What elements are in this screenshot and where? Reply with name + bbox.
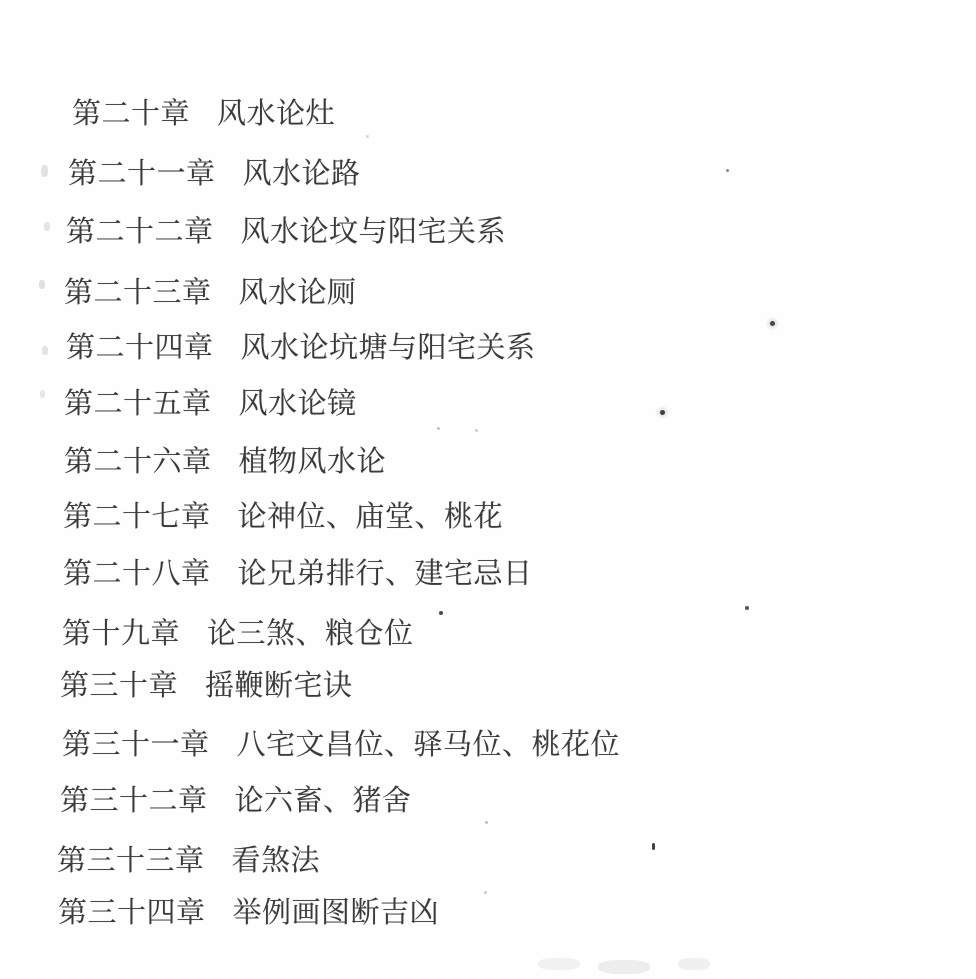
scan-speck bbox=[366, 135, 369, 138]
chapter-number: 第三十一章 bbox=[62, 729, 210, 761]
chapter-title: 论六畜、猪舍 bbox=[235, 785, 412, 817]
chapter-title: 八宅文昌位、驿马位、桃花位 bbox=[237, 729, 621, 761]
chapter-title: 论神位、庙堂、桃花 bbox=[238, 501, 504, 533]
toc-row: 第十九章 论三煞、粮仓位 bbox=[62, 618, 414, 650]
chapter-title: 风水论坑塘与阳宅关系 bbox=[241, 332, 536, 364]
scan-speck bbox=[770, 321, 775, 326]
scan-smudge bbox=[42, 346, 48, 355]
chapter-number: 第二十五章 bbox=[64, 388, 212, 420]
scan-smudge bbox=[41, 165, 48, 177]
chapter-number: 第二十四章 bbox=[66, 332, 214, 364]
scanned-page: 第二十章 风水论灶 第二十一章 风水论路 第二十二章 风水论坟与阳宅关系 第二十… bbox=[0, 0, 976, 979]
scan-speck bbox=[660, 410, 665, 415]
chapter-title: 论兄弟排行、建宅忌日 bbox=[238, 558, 533, 590]
scan-speck bbox=[652, 843, 655, 850]
toc-row: 第二十一章 风水论路 bbox=[68, 158, 361, 190]
toc-row: 第二十三章 风水论厕 bbox=[64, 277, 357, 309]
chapter-title: 论三煞、粮仓位 bbox=[207, 618, 414, 650]
chapter-number: 第二十三章 bbox=[64, 277, 212, 309]
scan-smudge bbox=[598, 960, 650, 974]
chapter-title: 风水论厕 bbox=[239, 277, 357, 309]
chapter-number: 第三十二章 bbox=[60, 785, 208, 817]
scan-speck bbox=[439, 611, 443, 615]
scan-speck bbox=[484, 891, 487, 894]
toc-row: 第二十七章 论神位、庙堂、桃花 bbox=[63, 501, 503, 533]
chapter-number: 第二十二章 bbox=[66, 216, 214, 248]
toc-row: 第三十一章 八宅文昌位、驿马位、桃花位 bbox=[62, 729, 620, 761]
toc-row: 第二十二章 风水论坟与阳宅关系 bbox=[66, 216, 506, 248]
scan-speck bbox=[485, 821, 488, 824]
scan-smudge bbox=[39, 280, 45, 289]
toc-row: 第二十五章 风水论镜 bbox=[64, 388, 357, 420]
chapter-title: 植物风水论 bbox=[239, 446, 387, 478]
chapter-number: 第三十章 bbox=[60, 670, 178, 702]
chapter-title: 风水论灶 bbox=[217, 98, 335, 130]
chapter-number: 第二十七章 bbox=[63, 501, 211, 533]
toc-row: 第三十四章 举例画图断吉凶 bbox=[58, 897, 439, 929]
scan-smudge bbox=[538, 958, 580, 970]
chapter-number: 第二十八章 bbox=[63, 558, 211, 590]
scan-smudge bbox=[44, 222, 50, 231]
chapter-number: 第二十六章 bbox=[64, 446, 212, 478]
scan-smudge bbox=[40, 390, 45, 398]
chapter-title: 风水论路 bbox=[243, 158, 361, 190]
toc-row: 第二十八章 论兄弟排行、建宅忌日 bbox=[63, 558, 533, 590]
toc-row: 第二十六章 植物风水论 bbox=[64, 446, 386, 478]
toc-row: 第二十四章 风水论坑塘与阳宅关系 bbox=[66, 332, 536, 364]
chapter-title: 风水论镜 bbox=[239, 388, 357, 420]
chapter-title: 风水论坟与阳宅关系 bbox=[241, 216, 507, 248]
scan-smudge bbox=[678, 958, 710, 970]
chapter-number: 第二十一章 bbox=[68, 158, 216, 190]
chapter-title: 举例画图断吉凶 bbox=[233, 897, 440, 929]
scan-speck bbox=[726, 169, 729, 172]
toc-row: 第三十三章 看煞法 bbox=[57, 845, 320, 877]
chapter-number: 第十九章 bbox=[62, 618, 180, 650]
chapter-number: 第三十三章 bbox=[57, 845, 205, 877]
chapter-title: 看煞法 bbox=[232, 845, 321, 877]
toc-row: 第三十章 摇鞭断宅诀 bbox=[60, 670, 353, 702]
chapter-number: 第二十章 bbox=[72, 98, 190, 130]
chapter-number: 第三十四章 bbox=[58, 897, 206, 929]
scan-speck bbox=[745, 606, 749, 610]
toc-row: 第二十章 风水论灶 bbox=[72, 98, 335, 130]
scan-speck bbox=[475, 429, 478, 432]
scan-speck bbox=[437, 427, 440, 430]
toc-row: 第三十二章 论六畜、猪舍 bbox=[60, 785, 412, 817]
chapter-title: 摇鞭断宅诀 bbox=[205, 670, 353, 702]
